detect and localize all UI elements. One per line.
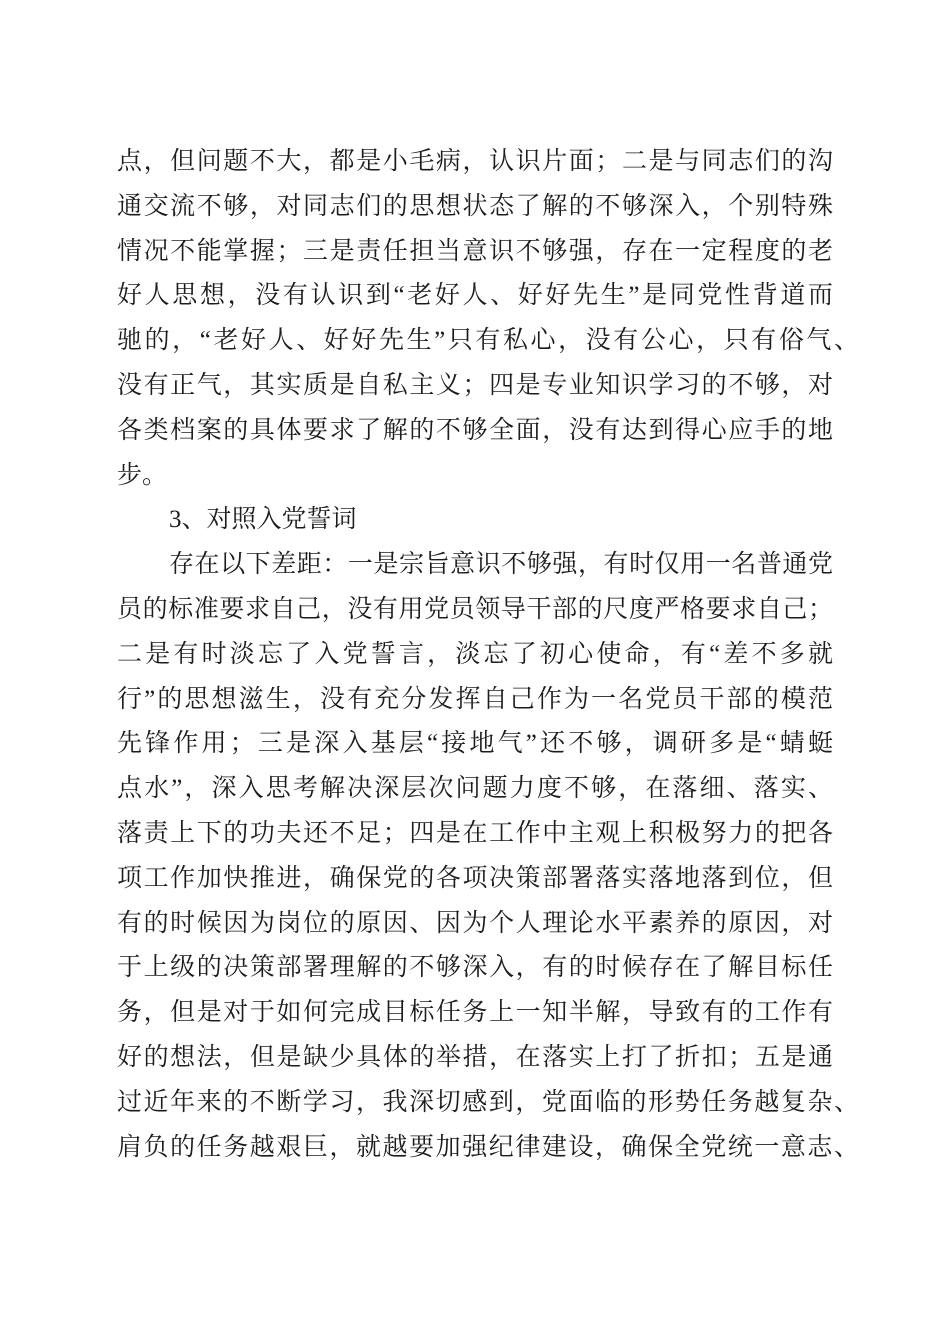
text-line: 存在以下差距：一是宗旨意识不够强，有时仅用一名普通党 [117, 543, 833, 588]
text-line: 没有正气，其实质是自私主义；四是专业知识学习的不够，对 [117, 364, 833, 409]
text-line: 情况不能掌握；三是责任担当意识不够强，存在一定程度的老 [117, 230, 833, 275]
text-line: 项工作加快推进，确保党的各项决策部署落实落地落到位，但 [117, 857, 833, 902]
text-line: 务，但是对于如何完成目标任务上一知半解，导致有的工作有 [117, 991, 833, 1036]
text-line: 行”的思想滋生，没有充分发挥自己作为一名党员干部的模范 [117, 678, 833, 723]
text-line: 步。 [117, 454, 833, 499]
text-line: 点水”，深入思考解决深层次问题力度不够，在落细、落实、 [117, 767, 833, 812]
text-line: 通交流不够，对同志们的思想状态了解的不够深入，个别特殊 [117, 185, 833, 230]
document-text-block: 点，但问题不大，都是小毛病，认识片面；二是与同志们的沟通交流不够，对同志们的思想… [117, 140, 833, 1170]
text-line: 驰的，“老好人、好好先生”只有私心，没有公心，只有俗气、 [117, 319, 859, 364]
text-line: 有的时候因为岗位的原因、因为个人理论水平素养的原因，对 [117, 902, 833, 947]
text-line: 先锋作用；三是深入基层“接地气”还不够，调研多是“蜻蜓 [117, 722, 833, 767]
text-line: 点，但问题不大，都是小毛病，认识片面；二是与同志们的沟 [117, 140, 833, 185]
text-line: 过近年来的不断学习，我深切感到，党面临的形势任务越复杂、 [117, 1081, 859, 1126]
text-line: 员的标准要求自己，没有用党员领导干部的尺度严格要求自己； [117, 588, 833, 633]
text-line: 肩负的任务越艰巨，就越要加强纪律建设，确保全党统一意志、 [117, 1126, 859, 1171]
text-line: 好人思想，没有认识到“老好人、好好先生”是同党性背道而 [117, 274, 833, 319]
text-line: 落责上下的功夫还不足；四是在工作中主观上积极努力的把各 [117, 812, 833, 857]
text-line: 于上级的决策部署理解的不够深入，有的时候存在了解目标任 [117, 946, 833, 991]
text-line: 各类档案的具体要求了解的不够全面，没有达到得心应手的地 [117, 409, 833, 454]
text-line: 好的想法，但是缺少具体的举措，在落实上打了折扣；五是通 [117, 1036, 833, 1081]
text-line: 二是有时淡忘了入党誓言，淡忘了初心使命，有“差不多就 [117, 633, 833, 678]
document-page: 点，但问题不大，都是小毛病，认识片面；二是与同志们的沟通交流不够，对同志们的思想… [0, 0, 950, 1344]
text-line: 3、对照入党誓词 [117, 498, 833, 543]
